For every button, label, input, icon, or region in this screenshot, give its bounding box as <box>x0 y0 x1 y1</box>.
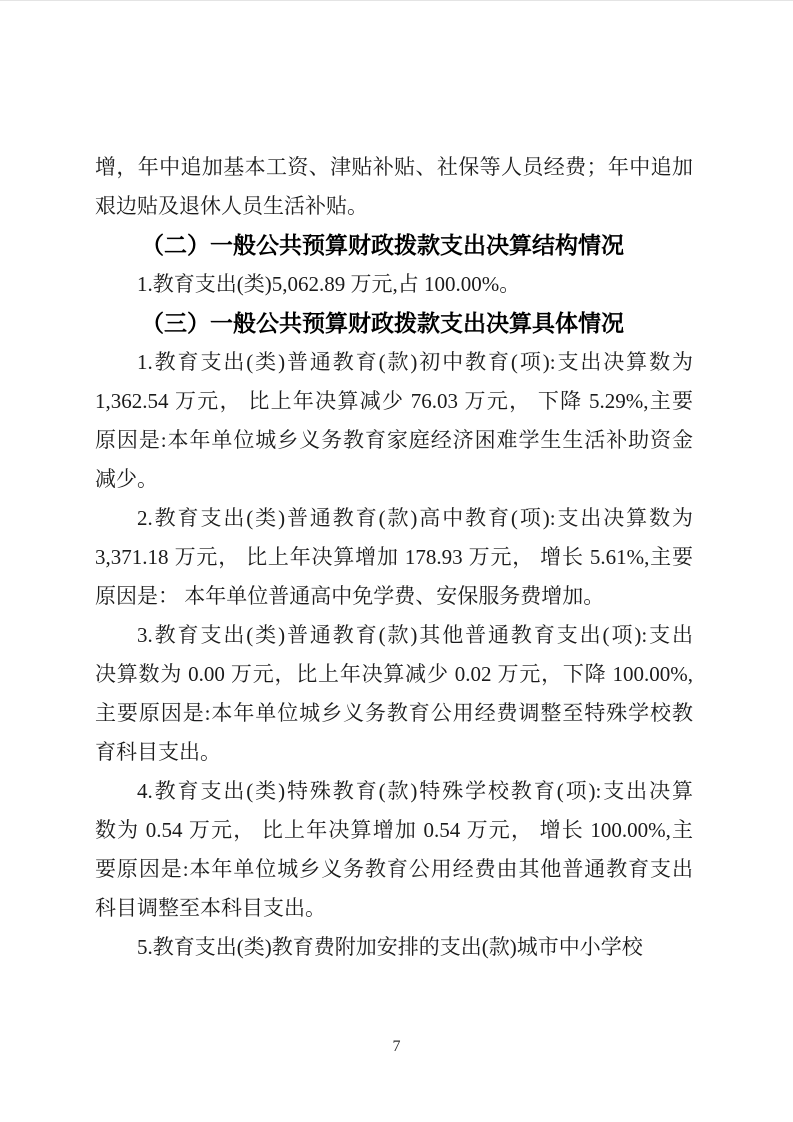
text-line: 减少。 <box>95 460 693 499</box>
section-heading: （二）一般公共预算财政拨款支出决算结构情况 <box>95 226 693 265</box>
page-number: 7 <box>0 1037 793 1057</box>
text-line: 5.教育支出(类)教育费附加安排的支出(款)城市中小学校 <box>95 928 693 967</box>
text-line: 要原因是:本年单位城乡义务教育公用经费由其他普通教育支出 <box>95 850 693 889</box>
section-heading: （三）一般公共预算财政拨款支出决算具体情况 <box>95 304 693 343</box>
document-body: 增，年中追加基本工资、津贴补贴、社保等人员经费；年中追加艰边贴及退休人员生活补贴… <box>95 148 693 967</box>
text-line: 1.教育支出(类)普通教育(款)初中教育(项):支出决算数为 <box>95 343 693 382</box>
text-line: 决算数为 0.00 万元，比上年决算减少 0.02 万元，下降 100.00%, <box>95 655 693 694</box>
text-line: 原因是:本年单位城乡义务教育家庭经济困难学生生活补助资金 <box>95 421 693 460</box>
document-page: 增，年中追加基本工资、津贴补贴、社保等人员经费；年中追加艰边贴及退休人员生活补贴… <box>0 0 793 1122</box>
text-line: 育科目支出。 <box>95 733 693 772</box>
text-line: 艰边贴及退休人员生活补贴。 <box>95 187 693 226</box>
text-line: 原因是： 本年单位普通高中免学费、安保服务费增加。 <box>95 577 693 616</box>
text-line: 3,371.18 万元， 比上年决算增加 178.93 万元， 增长 5.61%… <box>95 538 693 577</box>
text-line: 数为 0.54 万元， 比上年决算增加 0.54 万元， 增长 100.00%,… <box>95 811 693 850</box>
text-line: 3.教育支出(类)普通教育(款)其他普通教育支出(项):支出 <box>95 616 693 655</box>
text-line: 科目调整至本科目支出。 <box>95 889 693 928</box>
text-line: 1,362.54 万元， 比上年决算减少 76.03 万元， 下降 5.29%,… <box>95 382 693 421</box>
text-line: 1.教育支出(类)5,062.89 万元,占 100.00%。 <box>95 265 693 304</box>
text-line: 2.教育支出(类)普通教育(款)高中教育(项):支出决算数为 <box>95 499 693 538</box>
text-line: 4.教育支出(类)特殊教育(款)特殊学校教育(项):支出决算 <box>95 772 693 811</box>
text-line: 主要原因是:本年单位城乡义务教育公用经费调整至特殊学校教 <box>95 694 693 733</box>
text-line: 增，年中追加基本工资、津贴补贴、社保等人员经费；年中追加 <box>95 148 693 187</box>
